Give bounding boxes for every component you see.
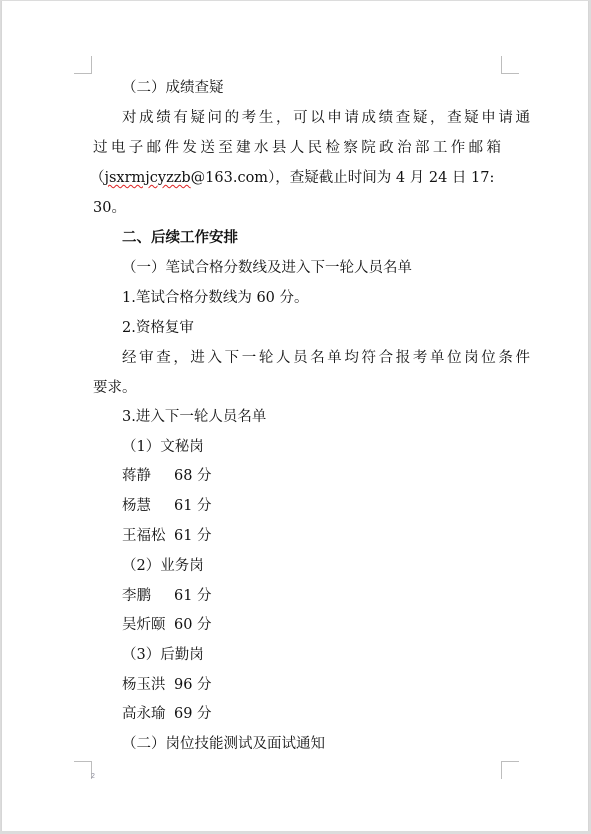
list-item-qualification[interactable]: 2.资格复审 [93,319,530,337]
person-name: 吴炘颐 [122,616,174,634]
corner-mark-bottom-left [74,761,92,779]
person-row[interactable]: 蒋静68 分 [93,467,530,485]
email-domain: @163.com [191,170,268,186]
group-title-business[interactable]: （2）业务岗 [93,557,530,575]
person-name: 杨玉洪 [122,676,174,694]
paragraph-line-email[interactable]: （jsxrmjcyzzb@163.com），查疑截止时间为 4 月 24 日 1… [90,169,498,187]
person-row[interactable]: 吴炘颐60 分 [93,616,530,634]
person-row[interactable]: 杨慧61 分 [93,497,530,515]
corner-mark-top-left [74,56,92,74]
paren-open: （ [90,170,105,186]
deadline-text: ），查疑截止时间为 4 月 24 日 17: [268,170,494,186]
person-score: 68 分 [174,468,212,484]
paragraph-line[interactable]: 30。 [93,199,501,217]
person-row[interactable]: 高永瑜69 分 [93,705,530,723]
paragraph-line[interactable]: 对成绩有疑问的考生，可以申请成绩查疑，查疑申请通 [93,109,530,127]
person-row[interactable]: 李鹏61 分 [93,587,530,605]
heading-score-appeal[interactable]: （二）成绩查疑 [93,79,530,97]
list-item-next-round[interactable]: 3.进入下一轮人员名单 [93,408,530,426]
person-score: 61 分 [174,498,212,514]
person-name: 王福松 [122,527,174,545]
page-number: 2 [91,773,95,780]
email-local-part[interactable]: jsxrmjcyzzb [105,170,191,186]
person-score: 69 分 [174,706,212,722]
person-name: 蒋静 [122,467,174,485]
paragraph-line[interactable]: 经审查，进入下一轮人员名单均符合报考单位岗位条件 [93,349,530,367]
paragraph-line[interactable]: 要求。 [93,379,501,397]
heading-pass-line[interactable]: （一）笔试合格分数线及进入下一轮人员名单 [93,259,530,277]
person-score: 60 分 [174,617,212,633]
heading-followup[interactable]: 二、后续工作安排 [93,229,530,247]
corner-mark-bottom-right [501,761,519,779]
paragraph-line[interactable]: 过电子邮件发送至建水县人民检察院政治部工作邮箱 [93,139,501,157]
person-name: 高永瑜 [122,705,174,723]
document-page: （二）成绩查疑 对成绩有疑问的考生，可以申请成绩查疑，查疑申请通 过电子邮件发送… [1,1,589,831]
person-name: 杨慧 [122,497,174,515]
group-title-secretary[interactable]: （1）文秘岗 [93,438,530,456]
heading-skills-interview[interactable]: （二）岗位技能测试及面试通知 [93,735,530,753]
person-name: 李鹏 [122,587,174,605]
person-score: 96 分 [174,677,212,693]
person-score: 61 分 [174,588,212,604]
person-row[interactable]: 杨玉洪96 分 [93,676,530,694]
group-title-logistics[interactable]: （3）后勤岗 [93,646,530,664]
person-score: 61 分 [174,528,212,544]
corner-mark-top-right [501,56,519,74]
person-row[interactable]: 王福松61 分 [93,527,530,545]
list-item-pass-score[interactable]: 1.笔试合格分数线为 60 分。 [93,289,530,307]
